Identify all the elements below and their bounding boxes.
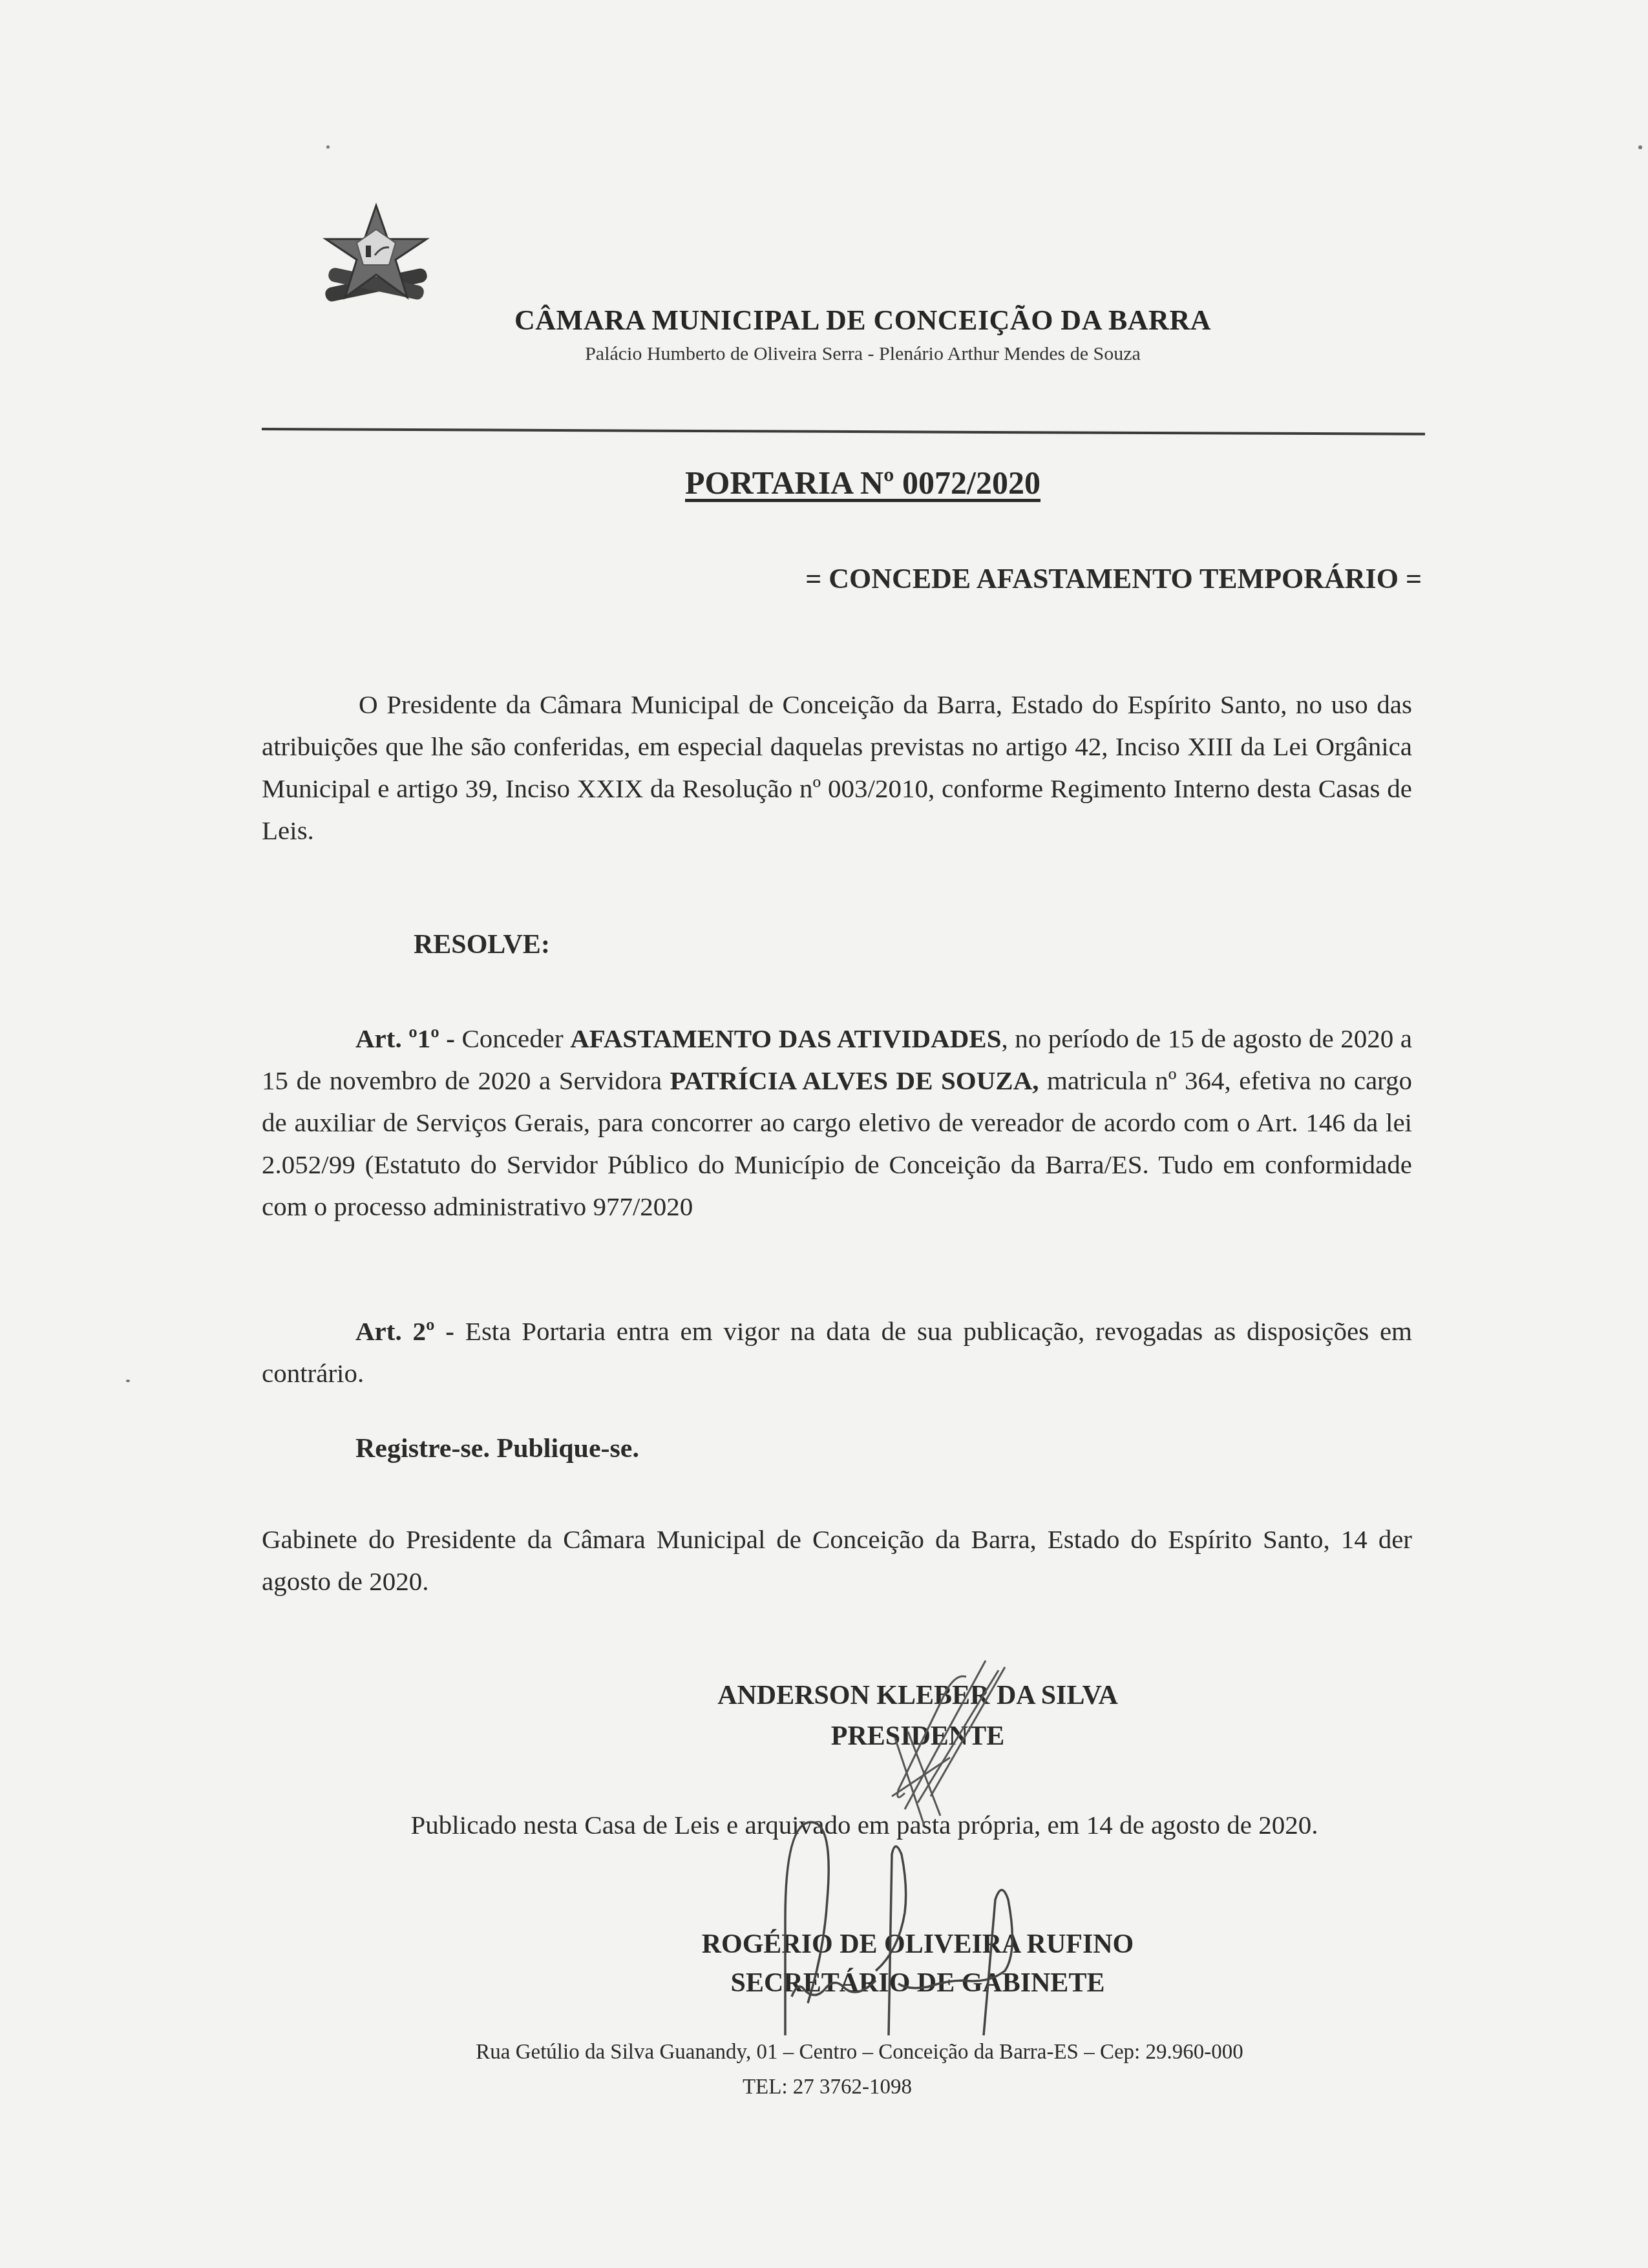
institution-name: CÂMARA MUNICIPAL DE CONCEIÇÃO DA BARRA <box>0 304 1648 337</box>
article-2: Art. 2º - Esta Portaria entra em vigor n… <box>262 1310 1412 1394</box>
preamble-paragraph: O Presidente da Câmara Municipal de Conc… <box>262 684 1412 852</box>
document-title: PORTARIA Nº 0072/2020 <box>0 464 1648 501</box>
closing-formula: Registre-se. Publique-se. <box>262 1433 639 1464</box>
institution-subtitle: Palácio Humberto de Oliveira Serra - Ple… <box>0 343 1648 365</box>
servant-name: PATRÍCIA ALVES DE SOUZA, <box>670 1066 1039 1095</box>
preamble-text: O Presidente da Câmara Municipal de Conc… <box>262 689 1412 845</box>
header-divider <box>262 428 1425 436</box>
resolve-heading: RESOLVE: <box>414 929 550 960</box>
document-subject: = CONCEDE AFASTAMENTO TEMPORÁRIO = <box>805 562 1422 595</box>
secretary-name: ROGÉRIO DE OLIVEIRA RUFINO <box>0 1929 1648 1960</box>
article-2-label: Art. 2º - <box>355 1316 454 1346</box>
closing-text: Registre-se. Publique-se. <box>355 1434 639 1464</box>
president-name: ANDERSON KLEBER DA SILVA <box>0 1680 1648 1711</box>
publication-note: Publicado nesta Casa de Leis e arquivado… <box>0 1809 1648 1840</box>
article-1-text: Conceder <box>455 1024 570 1053</box>
secretary-role: SECRETÁRIO DE GABINETE <box>0 1968 1648 1999</box>
scan-speck <box>126 1380 130 1382</box>
scan-speck <box>326 145 330 149</box>
footer-phone: TEL: 27 3762-1098 <box>0 2075 1648 2099</box>
president-role: PRESIDENTE <box>0 1721 1648 1752</box>
footer-address: Rua Getúlio da Silva Guanandy, 01 – Cent… <box>0 2041 1648 2064</box>
municipal-emblem-icon <box>312 200 441 310</box>
article-1: Art. º1º - Conceder AFASTAMENTO DAS ATIV… <box>262 1018 1412 1228</box>
scan-speck <box>1638 145 1642 149</box>
place-date: Gabinete do Presidente da Câmara Municip… <box>262 1518 1412 1602</box>
article-1-emphasis: AFASTAMENTO DAS ATIVIDADES <box>570 1024 1001 1053</box>
article-1-label: Art. º1º - <box>355 1024 455 1053</box>
